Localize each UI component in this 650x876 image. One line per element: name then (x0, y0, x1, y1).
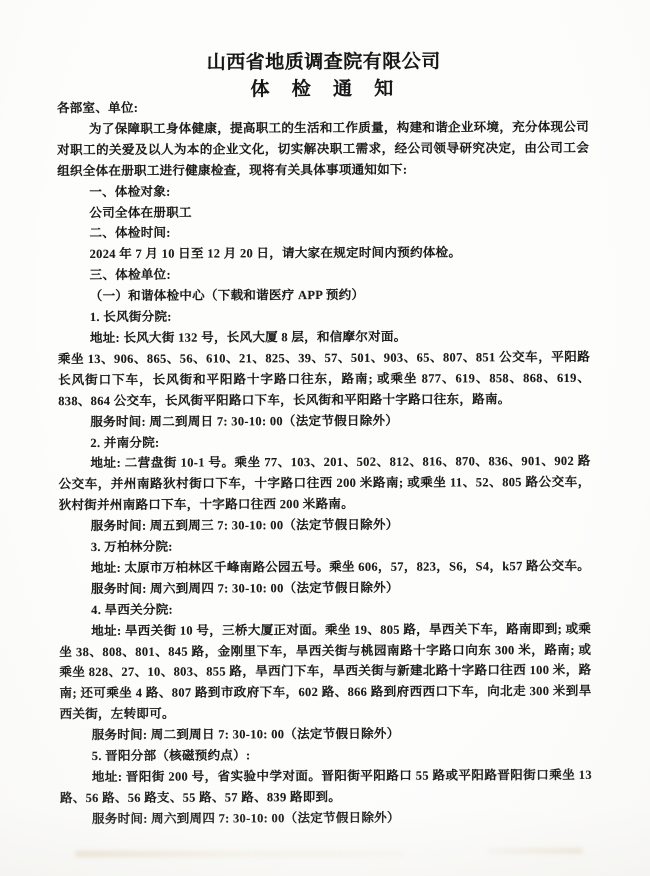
paragraph: （一）和谐体检中心（下载和谐医疗 APP 预约） (58, 284, 590, 307)
paragraph: 服务时间: 周六到周四 7: 30-10: 00（法定节假日除外） (59, 577, 591, 600)
paragraph: 各部室、单位: (57, 96, 589, 119)
company-name: 山西省地质调查院有限公司 (0, 46, 649, 76)
paragraph: 服务时间: 周六到周四 7: 30-10: 00（法定节假日除外） (60, 807, 592, 830)
paragraph: 公司全体在册职工 (57, 200, 589, 223)
paragraph: 一、体检对象: (57, 179, 589, 202)
paragraph: 三、体检单位: (58, 263, 590, 286)
paragraph: 乘坐 13、906、865、56、610、21、825、39、57、501、90… (58, 347, 590, 412)
paragraph: 5. 晋阳分部（核磁预约点）: (60, 744, 592, 767)
paragraph: 3. 万柏林分院: (59, 535, 591, 558)
paragraph: 服务时间: 周二到周日 7: 30-10: 00（法定节假日除外） (60, 723, 592, 746)
paragraph: 1. 长风街分院: (58, 305, 590, 328)
paragraph: 2. 并南分院: (58, 430, 590, 453)
paragraph: 地址: 晋阳街 200 号，省实验中学对面。晋阳街平阳路口 55 路或平阳路晋阳… (60, 765, 592, 809)
scanned-notice-page: 山西省地质调查院有限公司 体 检 通 知 各部室、单位:为了保障职工身体健康，提… (0, 0, 650, 876)
notice-body: 各部室、单位:为了保障职工身体健康，提高职工的生活和工作质量，构建和谐企业环境，… (57, 96, 592, 830)
paragraph: 服务时间: 周五到周三 7: 30-10: 00（法定节假日除外） (59, 514, 591, 537)
paragraph: 地址: 二营盘街 10-1 号。乘坐 77、103、201、502、812、81… (58, 451, 590, 516)
paragraph: 服务时间: 周二到周日 7: 30-10: 00（法定节假日除外） (58, 409, 590, 432)
paragraph: 地址: 旱西关街 10 号，三桥大厦正对面。乘坐 19、805 路，旱西关下车，… (59, 618, 591, 725)
paragraph: 地址: 长风大街 132 号，长风大厦 8 层，和信摩尔对面。 (58, 326, 590, 349)
paragraph: 2024 年 7 月 10 日至 12 月 20 日，请大家在规定时间内预约体检… (58, 242, 590, 265)
paragraph: 地址: 太原市万柏林区千峰南路公园五号。乘坐 606，57，823，S6，S4，… (59, 556, 591, 579)
paragraph: 二、体检时间: (57, 221, 589, 244)
scan-content: 山西省地质调查院有限公司 体 检 通 知 各部室、单位:为了保障职工身体健康，提… (0, 0, 650, 876)
paragraph: 4. 旱西关分院: (59, 598, 591, 621)
paragraph: 为了保障职工身体健康，提高职工的生活和工作质量，构建和谐企业环境，充分体现公司对… (57, 117, 589, 182)
